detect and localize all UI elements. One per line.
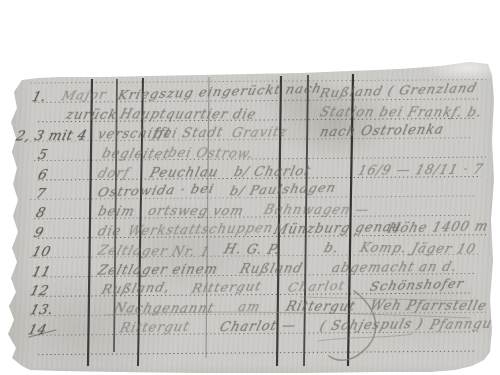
handwriting-fragment: am <box>236 300 262 315</box>
handwriting-fragment: Gravitz <box>230 125 289 141</box>
handwriting-fragment: Station bei Frankf. b. <box>318 106 484 121</box>
handwriting-fragment: b/ Charlot <box>232 164 312 180</box>
row-number: 7 <box>34 186 48 202</box>
paper-sheet: 1.MajorKriegszug eingerückt nachRußland … <box>0 0 500 375</box>
row-number: 12 <box>28 283 51 299</box>
handwriting-fragment: ( Schjespuls ) <box>318 317 425 334</box>
handwriting-fragment: dorf <box>96 166 131 181</box>
handwriting-rows: 1.MajorKriegszug eingerückt nachRußland … <box>0 0 500 375</box>
handwriting-fragment: Hauptquartier die <box>118 108 258 123</box>
handwriting-fragment: Komp. Jäger 10 <box>358 241 478 258</box>
handwriting-fragment: 16/9 — 18/11 · 7 <box>356 162 485 178</box>
handwriting-fragment: b/ Paulshagen <box>228 181 338 200</box>
row-number: 11 <box>30 264 53 280</box>
handwriting-fragment: Höhe 1400 m <box>386 219 490 236</box>
row-number: 9 <box>32 225 46 241</box>
row-number: 10 <box>30 244 53 260</box>
handwriting-fragment: Rußland, <box>100 280 172 297</box>
row-number: 2, 3 mit 4 <box>14 127 89 144</box>
handwriting-fragment: Pfanngut <box>428 316 500 333</box>
handwriting-fragment: Bahnwagen — <box>262 203 371 218</box>
handwriting-fragment: beim <box>96 205 137 220</box>
handwriting-fragment: Nachgenannt <box>112 302 216 317</box>
row-number: 1. <box>30 89 48 105</box>
handwriting-fragment: Rittergut <box>118 320 191 337</box>
row-number: 5 <box>36 147 50 163</box>
row-number: 14 <box>26 322 49 338</box>
handwriting-fragment: bei Ostrow. <box>166 146 256 162</box>
handwriting-fragment: Zeltlager Nr. 1 <box>96 244 212 261</box>
row-number: 6 <box>36 167 50 183</box>
handwriting-fragment: Schönshofer <box>368 276 466 294</box>
row-number: 13. <box>28 302 55 318</box>
handwriting-fragment: Charlot — <box>218 318 298 335</box>
handwriting-fragment: b. <box>322 241 341 256</box>
handwriting-fragment: Kriegszug eingerückt nach <box>116 81 324 103</box>
handwriting-fragment: H. G. P. <box>222 242 282 258</box>
handwriting-fragment: Rußland <box>238 261 305 277</box>
handwriting-fragment: Rittergut <box>190 279 263 296</box>
handwriting-fragment: Münzburg genau <box>272 220 403 238</box>
handwriting-fragment: Zeltlager einem <box>96 262 220 278</box>
handwriting-fragment: Rittergut <box>284 300 357 315</box>
handwriting-fragment: Weh Pfarrstelle <box>368 299 489 314</box>
handwriting-row: 14RittergutCharlot —( Schjespuls )Pfanng… <box>0 317 500 340</box>
handwriting-fragment: abgemacht an d. <box>330 259 459 275</box>
scanned-document-canvas: 1.MajorKriegszug eingerückt nachRußland … <box>0 0 500 375</box>
handwriting-fragment: nach Ostrolenka <box>318 122 446 140</box>
handwriting-fragment: bei Stadt <box>152 125 225 142</box>
handwriting-fragment: Peuchlau <box>148 165 220 181</box>
handwriting-fragment: begleitet <box>100 147 172 163</box>
row-number: 8 <box>34 206 48 222</box>
handwriting-fragment: ortsweg vom <box>146 204 246 219</box>
handwriting-fragment: Major <box>60 87 108 104</box>
handwriting-fragment: zurück <box>64 108 119 123</box>
handwriting-fragment: die <box>96 224 123 240</box>
handwriting-fragment: Werkstattschuppen <box>126 221 275 239</box>
handwriting-fragment: Ostrowida · bei <box>96 182 216 201</box>
handwriting-fragment: Charlot <box>286 279 347 296</box>
handwriting-fragment: Rußland ( Grenzland <box>318 81 479 101</box>
